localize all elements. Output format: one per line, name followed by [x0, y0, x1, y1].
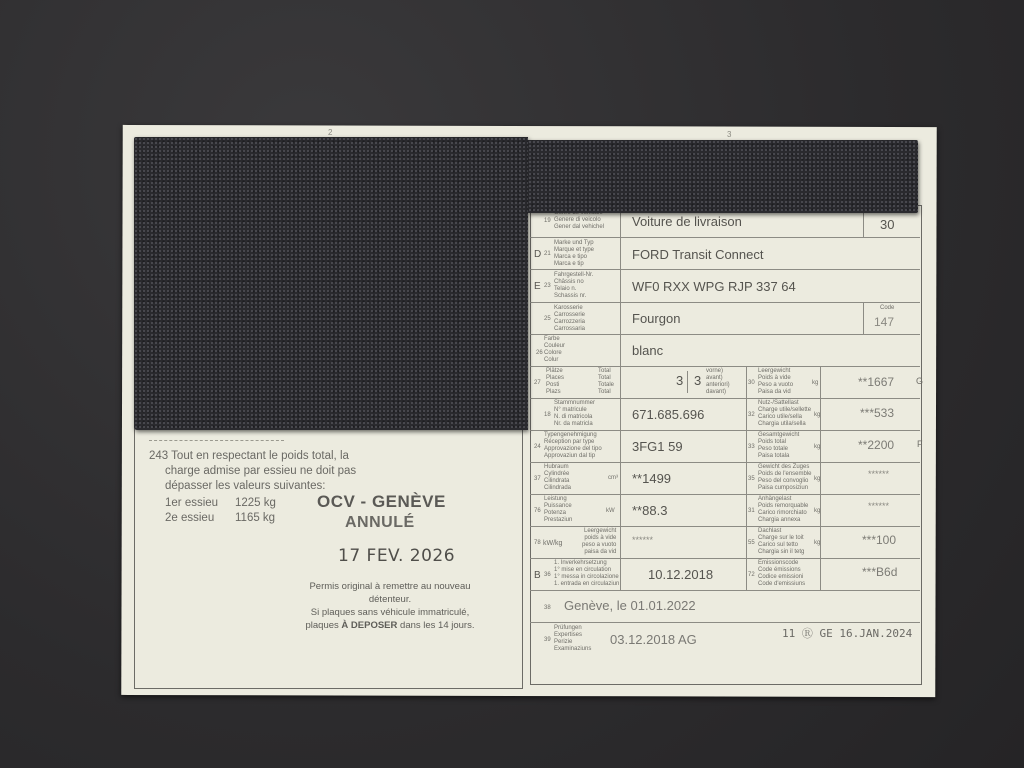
privacy-cover-top — [528, 140, 918, 213]
matricule-value: 671.685.696 — [632, 407, 704, 422]
side-letter: G — [916, 376, 923, 386]
field-number: 26 — [536, 350, 543, 356]
make-model-value: FORD Transit Connect — [632, 247, 764, 262]
axle-value: 1165 kg — [235, 512, 275, 524]
field-row-color: 26 Farbe Couleur Colore Colur blanc — [530, 335, 920, 367]
empty-weight-value: **1667 — [858, 375, 894, 389]
field-number: 78 — [534, 540, 541, 546]
field-label: Nutz-/Sattellast Charge utile/sellette C… — [758, 400, 811, 428]
field-label: Leergewicht poids à vide peso a vuoto pa… — [582, 528, 616, 556]
field-letter: B — [534, 570, 541, 581]
unit: kg — [812, 380, 818, 386]
field-label: Anhängelast Poids remorquable Carico rim… — [758, 496, 808, 524]
side-letter: F — [917, 439, 923, 449]
field-row-power-trailer: 76 Leistung Puissance Potenza Prestaziun… — [530, 495, 920, 527]
power-value: **88.3 — [632, 503, 667, 518]
field-number: 19 — [544, 218, 551, 224]
field-number: 18 — [544, 412, 551, 418]
inspection-value: 03.12.2018 AG — [610, 632, 697, 647]
field-number: 24 — [534, 444, 541, 450]
field-label: Karosserie Carrosserie Carrozzeria Carro… — [554, 305, 585, 333]
unit: cm³ — [608, 475, 618, 481]
field-row-seats-weight: 27 Plätze Places Posti Plazs Total Total… — [530, 367, 920, 399]
field-number: 37 — [534, 476, 541, 482]
field-row-displacement-train-weight: 37 Hubraum Cylindrée Cilindrata Cilindra… — [530, 463, 920, 495]
page-marker: 3 — [727, 130, 731, 139]
page-marker: 2 — [328, 128, 332, 137]
field-row-first-registration-emissions: B 36 1. Inverkehrsetzung 1° mise en circ… — [530, 559, 920, 591]
seats-total-value: 3 — [676, 373, 683, 388]
displacement-value: **1499 — [632, 471, 671, 486]
field-number: 27 — [534, 380, 541, 386]
unit: kW — [606, 508, 615, 514]
axle-label: 2e essieu — [165, 512, 214, 524]
field-label-total: Total Total Totale Total — [598, 368, 614, 396]
field-row-inspections: 39 Prüfungen Expertises Perizie Examinaz… — [530, 623, 920, 683]
field-number: 72 — [748, 572, 755, 578]
body-value: Fourgon — [632, 311, 680, 326]
privacy-cover-holder — [134, 137, 528, 430]
field-label: Prüfungen Expertises Perizie Examinaziun… — [554, 625, 591, 653]
field-letter: D — [534, 249, 541, 260]
field-number: 76 — [534, 508, 541, 514]
field-label: Fahrgestell-Nr. Châssis no Telaio n. Sch… — [554, 272, 593, 300]
field-label: Dachlast Charge sur le toit Carico sul t… — [758, 528, 804, 556]
field-label: Farbe Couleur Colore Colur — [544, 336, 565, 364]
issue-place-date-value: Genève, le 01.01.2022 — [564, 598, 696, 613]
field-number: 25 — [544, 316, 551, 322]
field-label: Typengenehmigung Réception par type Appr… — [544, 432, 602, 460]
field-number: 38 — [544, 605, 551, 611]
divider — [149, 440, 284, 441]
chassis-number-value: WF0 RXX WPG RJP 337 64 — [632, 279, 796, 294]
field-number: 30 — [748, 380, 755, 386]
field-label: Emissionscode Code émissions Codice emis… — [758, 560, 805, 588]
total-weight-value: **2200 — [858, 438, 894, 452]
field-row-power-ratio-roof-load: 78 kW/kg Leergewicht poids à vide peso a… — [530, 527, 920, 559]
field-number: 21 — [544, 251, 551, 257]
field-label: Gesamtgewicht Poids total Peso totale Pa… — [758, 432, 799, 460]
field-label: Leistung Puissance Potenza Prestaziun — [544, 496, 572, 524]
field-row-matricule-payload: 18 Stammnummer N° matricule N. di matric… — [530, 399, 920, 431]
trailer-load-value: ****** — [868, 501, 889, 511]
payload-value: ***533 — [860, 406, 894, 420]
field-label: Stammnummer N° matricule N. di matricola… — [554, 400, 595, 428]
field-row-make-model: D 21 Marke und Typ Marque et type Marca … — [530, 238, 920, 270]
field-number: 35 — [748, 476, 755, 482]
body-code: 147 — [874, 315, 894, 329]
type-approval-value: 3FG1 59 — [632, 439, 683, 454]
field-row-type-approval-total-weight: 24 Typengenehmigung Réception par type A… — [530, 431, 920, 463]
front-seats-label: vorne) avant) anteriori) davant) — [706, 368, 730, 396]
field-row-chassis: E 23 Fahrgestell-Nr. Châssis no Telaio n… — [530, 270, 920, 303]
cancellation-date-stamp: 17 FEV. 2026 — [338, 546, 455, 566]
field-label: Hubraum Cylindrée Cilindrata Cilindrada — [544, 464, 571, 492]
field-label: Plätze Places Posti Plazs — [546, 368, 564, 396]
code-label: Code — [880, 305, 894, 312]
field-number: 39 — [544, 637, 551, 643]
inspection-stamp: 11 Ⓡ GE 16.JAN.2024 — [782, 625, 912, 641]
unit: kW/kg — [543, 540, 562, 547]
cancellation-stamp-office: OCV - GENÈVE — [317, 492, 446, 512]
field-label: Genre de véhicule Genere di veicolo Gene… — [554, 210, 604, 231]
field-row-issue-place-date: 38 Genève, le 01.01.2022 — [530, 591, 920, 623]
field-number: 36 — [544, 572, 551, 578]
cancellation-stamp-status: ANNULÉ — [345, 514, 415, 532]
vehicle-type-code: 30 — [880, 217, 894, 232]
axle-load-note: 243 Tout en respectant le poids total, l… — [149, 449, 356, 494]
power-ratio-value: ****** — [632, 535, 653, 545]
axle-value: 1225 kg — [235, 497, 276, 509]
field-label: Marke und Typ Marque et type Marca e tip… — [554, 240, 594, 268]
field-letter: E — [534, 281, 541, 292]
field-number: 33 — [748, 444, 755, 450]
emission-code-value: ***B6d — [862, 565, 897, 579]
first-registration-value: 10.12.2018 — [648, 567, 713, 582]
transfer-instructions: Permis original à remettre au nouveau dé… — [290, 580, 490, 632]
field-number: 32 — [748, 412, 755, 418]
train-weight-value: ****** — [868, 469, 889, 479]
vehicle-type-value: Voiture de livraison — [632, 214, 742, 229]
field-label: Gewicht des Zuges Poids de l'ensemble Pe… — [758, 464, 812, 492]
field-label: Leergewicht Poids à vide Peso a vuoto Pa… — [758, 368, 793, 396]
roof-load-value: ***100 — [862, 533, 896, 547]
field-number: 55 — [748, 540, 755, 546]
color-value: blanc — [632, 343, 663, 358]
axle-label: 1er essieu — [165, 497, 218, 509]
field-number: 31 — [748, 508, 755, 514]
field-number: 23 — [544, 283, 551, 289]
field-label: 1. Inverkehrsetzung 1° mise en circulati… — [554, 560, 619, 588]
field-row-body: 25 Karosserie Carrosserie Carrozzeria Ca… — [530, 303, 920, 335]
seats-front-value: 3 — [694, 373, 701, 388]
